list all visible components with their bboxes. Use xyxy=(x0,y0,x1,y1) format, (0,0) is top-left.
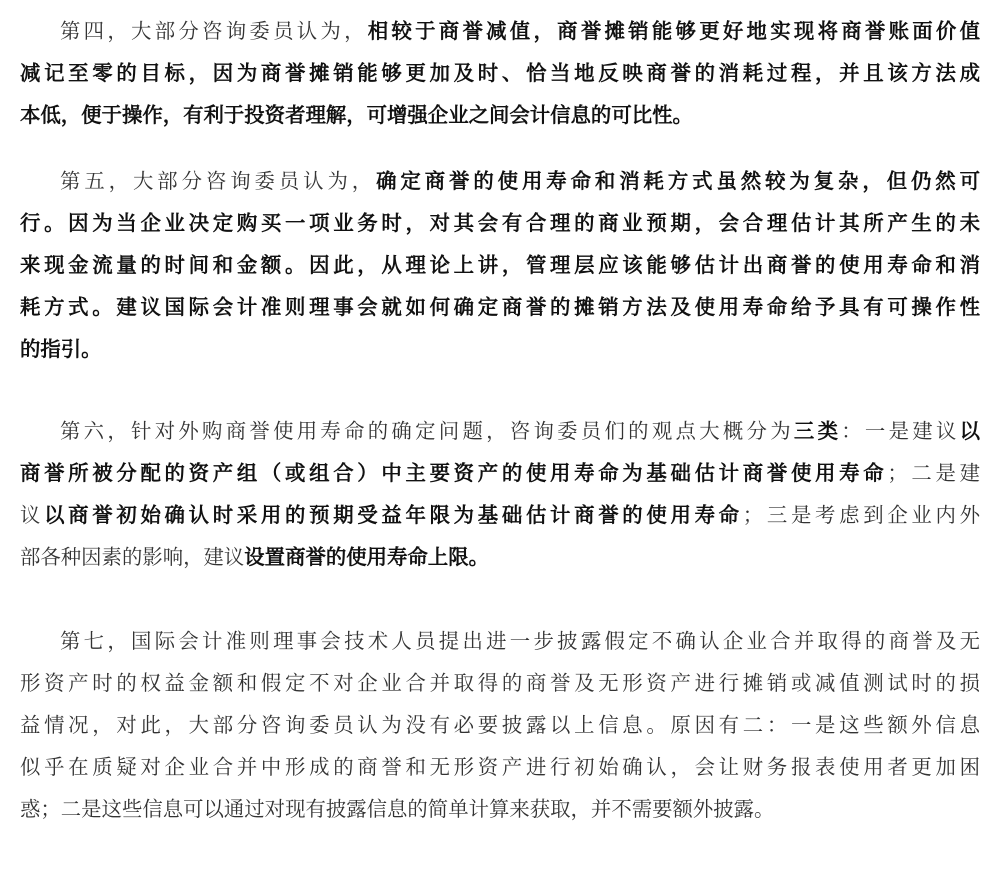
text-line: 来现金流量的时间和金额。因此，从理论上讲，管理层应该能够估计出商誉的使用寿命和消 xyxy=(20,244,980,286)
paragraph-p4: 第四，大部分咨询委员认为，相较于商誉减值，商誉摊销能够更好地实现将商誉账面价值减… xyxy=(20,10,980,136)
bold-text-run: 行。因为当企业决定购买一项业务时，对其会有合理的商业预期，会合理估计其所产生的未 xyxy=(20,211,980,235)
bold-text-run: 来现金流量的时间和金额。因此，从理论上讲，管理层应该能够估计出商誉的使用寿命和消 xyxy=(20,253,980,277)
document-page: 第四，大部分咨询委员认为，相较于商誉减值，商誉摊销能够更好地实现将商誉账面价值减… xyxy=(0,0,1000,876)
bold-text-run: 减记至零的目标，因为商誉摊销能够更加及时、恰当地反映商誉的消耗过程，并且该方法成 xyxy=(20,61,980,85)
bold-text-run: 设置商誉的使用寿命上限。 xyxy=(244,545,489,569)
bold-text-run: 以商誉初始确认时采用的预期受益年限为基础估计商誉的使用寿命 xyxy=(44,503,743,527)
text-run: ；三是考虑到企业内外 xyxy=(743,503,980,527)
text-line: 议以商誉初始确认时采用的预期受益年限为基础估计商誉的使用寿命；三是考虑到企业内外 xyxy=(20,494,980,536)
text-line: 耗方式。建议国际会计准则理事会就如何确定商誉的摊销方法及使用寿命给予具有可操作性 xyxy=(20,286,980,328)
text-run: 议 xyxy=(20,503,44,527)
paragraph-p5: 第五，大部分咨询委员认为，确定商誉的使用寿命和消耗方式虽然较为复杂，但仍然可行。… xyxy=(20,160,980,370)
text-run: 似乎在质疑对企业合并中形成的商誉和无形资产进行初始确认，会让财务报表使用者更加困 xyxy=(20,755,980,779)
text-line: 部各种因素的影响，建议设置商誉的使用寿命上限。 xyxy=(20,536,980,578)
paragraph-p6: 第六，针对外购商誉使用寿命的确定问题，咨询委员们的观点大概分为三类：一是建议以商… xyxy=(20,410,980,578)
bold-text-run: 确定商誉的使用寿命和消耗方式虽然较为复杂，但仍然可 xyxy=(376,169,980,193)
text-line: 惑；二是这些信息可以通过对现有披露信息的简单计算来获取，并不需要额外披露。 xyxy=(20,788,980,830)
text-line: 商誉所被分配的资产组（或组合）中主要资产的使用寿命为基础估计商誉使用寿命；二是建 xyxy=(20,452,980,494)
text-line: 形资产时的权益金额和假定不对企业合并取得的商誉及无形资产进行摊销或减值测试时的损 xyxy=(20,662,980,704)
text-line: 行。因为当企业决定购买一项业务时，对其会有合理的商业预期，会合理估计其所产生的未 xyxy=(20,202,980,244)
text-run: 形资产时的权益金额和假定不对企业合并取得的商誉及无形资产进行摊销或减值测试时的损 xyxy=(20,671,980,695)
paragraph-p7: 第七，国际会计准则理事会技术人员提出进一步披露假定不确认企业合并取得的商誉及无形… xyxy=(20,620,980,830)
text-run: 第七，国际会计准则理事会技术人员提出进一步披露假定不确认企业合并取得的商誉及无 xyxy=(60,629,980,653)
text-line: 的指引。 xyxy=(20,328,980,370)
text-run: 第六，针对外购商誉使用寿命的确定问题，咨询委员们的观点大概分为 xyxy=(60,419,794,443)
bold-text-run: 以 xyxy=(960,419,980,443)
text-line: 似乎在质疑对企业合并中形成的商誉和无形资产进行初始确认，会让财务报表使用者更加困 xyxy=(20,746,980,788)
bold-text-run: 耗方式。建议国际会计准则理事会就如何确定商誉的摊销方法及使用寿命给予具有可操作性 xyxy=(20,295,980,319)
text-line: 第五，大部分咨询委员认为，确定商誉的使用寿命和消耗方式虽然较为复杂，但仍然可 xyxy=(20,160,980,202)
bold-text-run: 相较于商誉减值，商誉摊销能够更好地实现将商誉账面价值 xyxy=(368,19,980,43)
text-run: ：一是建议 xyxy=(841,419,959,443)
text-run: 第四，大部分咨询委员认为， xyxy=(60,19,368,43)
text-line: 第四，大部分咨询委员认为，相较于商誉减值，商誉摊销能够更好地实现将商誉账面价值 xyxy=(20,10,980,52)
text-run: 惑；二是这些信息可以通过对现有披露信息的简单计算来获取，并不需要额外披露。 xyxy=(20,797,774,821)
text-line: 减记至零的目标，因为商誉摊销能够更加及时、恰当地反映商誉的消耗过程，并且该方法成 xyxy=(20,52,980,94)
text-run: 部各种因素的影响，建议 xyxy=(20,545,244,569)
text-run: 益情况，对此，大部分咨询委员认为没有必要披露以上信息。原因有二：一是这些额外信息 xyxy=(20,713,980,737)
bold-text-run: 本低，便于操作，有利于投资者理解，可增强企业之间会计信息的可比性。 xyxy=(20,103,693,127)
bold-text-run: 三类 xyxy=(794,419,841,443)
text-run: ；二是建 xyxy=(887,461,980,485)
text-line: 益情况，对此，大部分咨询委员认为没有必要披露以上信息。原因有二：一是这些额外信息 xyxy=(20,704,980,746)
text-line: 本低，便于操作，有利于投资者理解，可增强企业之间会计信息的可比性。 xyxy=(20,94,980,136)
text-line: 第七，国际会计准则理事会技术人员提出进一步披露假定不确认企业合并取得的商誉及无 xyxy=(20,620,980,662)
text-run: 第五，大部分咨询委员认为， xyxy=(60,169,376,193)
bold-text-run: 的指引。 xyxy=(20,337,102,361)
text-line: 第六，针对外购商誉使用寿命的确定问题，咨询委员们的观点大概分为三类：一是建议以 xyxy=(20,410,980,452)
bold-text-run: 商誉所被分配的资产组（或组合）中主要资产的使用寿命为基础估计商誉使用寿命 xyxy=(20,461,887,485)
